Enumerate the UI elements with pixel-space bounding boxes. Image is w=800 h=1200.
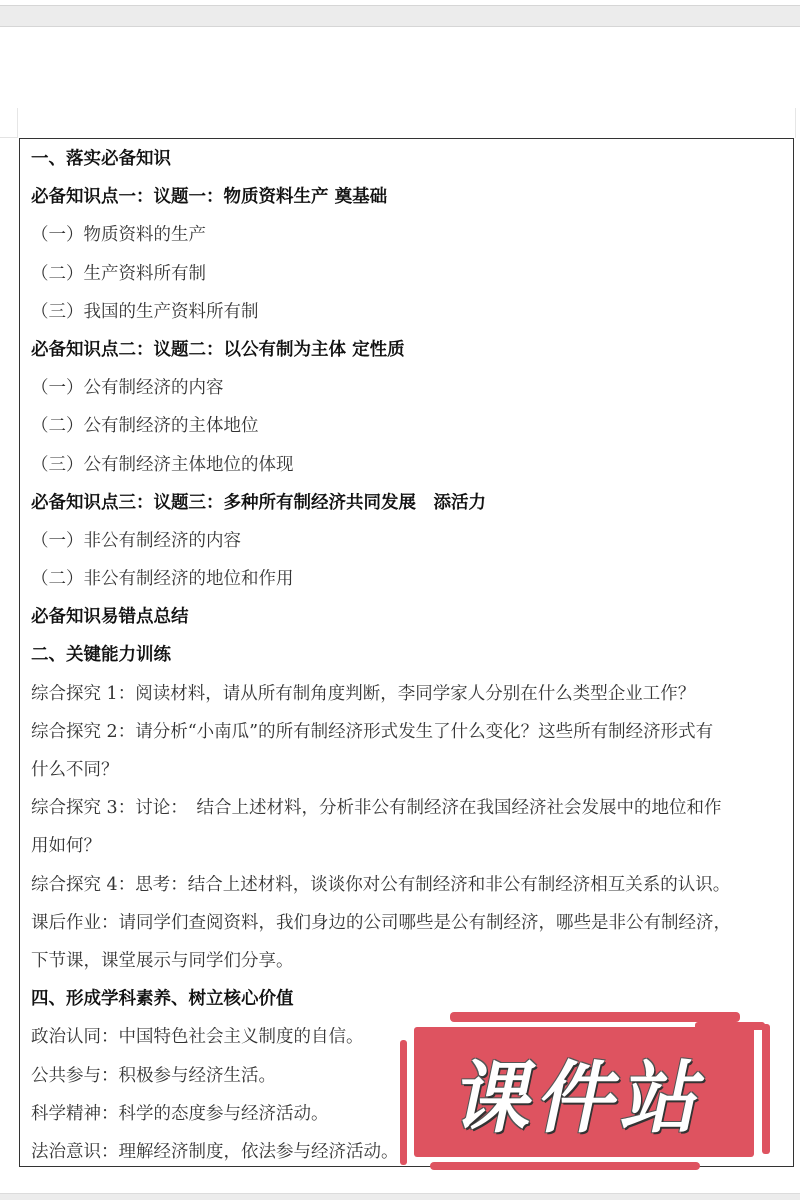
stamp-frame xyxy=(400,1040,407,1165)
subsection-item: （二）公有制经济的主体地位 xyxy=(31,415,791,453)
stamp-body: 课件站 xyxy=(414,1027,754,1157)
subsection-item: （三）我国的生产资料所有制 xyxy=(31,301,791,339)
subsection-item: （一）非公有制经济的内容 xyxy=(31,530,791,568)
inquiry-text: 综合探究 2：请分析“小南瓜”的所有制经济形式发生了什么变化？这些所有制经济形式… xyxy=(31,721,791,759)
stamp-frame xyxy=(762,1024,770,1154)
error-summary-heading: 必备知识易错点总结 xyxy=(31,606,791,644)
page-edge-right xyxy=(795,108,796,138)
inquiry-text: 用如何？ xyxy=(31,835,791,873)
subsection-item: （三）公有制经济主体地位的体现 xyxy=(31,454,791,492)
inquiry-text: 什么不同？ xyxy=(31,759,791,797)
knowledge-point-heading: 必备知识点一：议题一：物质资料生产 奠基础 xyxy=(31,186,791,224)
homework-text: 下节课，课堂展示与同学们分享。 xyxy=(31,950,791,988)
section-heading: 一、落实必备知识 xyxy=(31,148,791,186)
knowledge-point-heading: 必备知识点三：议题三：多种所有制经济共同发展 添活力 xyxy=(31,492,791,530)
inquiry-text: 综合探究 1：阅读材料，请从所有制角度判断，李同学家人分别在什么类型企业工作？ xyxy=(31,683,791,721)
subsection-item: （一）公有制经济的内容 xyxy=(31,377,791,415)
inquiry-text: 综合探究 4：思考：结合上述材料，谈谈你对公有制经济和非公有制经济相互关系的认识… xyxy=(31,874,791,912)
watermark-stamp: 课件站 xyxy=(400,1012,772,1172)
inquiry-text: 综合探究 3：讨论： 结合上述材料，分析非公有制经济在我国经济社会发展中的地位和… xyxy=(31,797,791,835)
bottom-band xyxy=(0,1193,800,1200)
knowledge-point-heading: 必备知识点二：议题二：以公有制为主体 定性质 xyxy=(31,339,791,377)
stamp-frame xyxy=(430,1162,700,1170)
subsection-item: （二）非公有制经济的地位和作用 xyxy=(31,568,791,606)
subsection-item: （二）生产资料所有制 xyxy=(31,263,791,301)
page-edge-left xyxy=(17,108,18,138)
subsection-item: （一）物质资料的生产 xyxy=(31,224,791,262)
top-toolbar-band xyxy=(0,5,800,27)
section-heading: 二、关键能力训练 xyxy=(31,644,791,682)
stamp-frame xyxy=(450,1012,740,1022)
watermark-text: 课件站 xyxy=(446,1036,722,1148)
homework-text: 课后作业：请同学们查阅资料，我们身边的公司哪些是公有制经济，哪些是非公有制经济， xyxy=(31,912,791,950)
page-margin-line xyxy=(0,137,18,138)
